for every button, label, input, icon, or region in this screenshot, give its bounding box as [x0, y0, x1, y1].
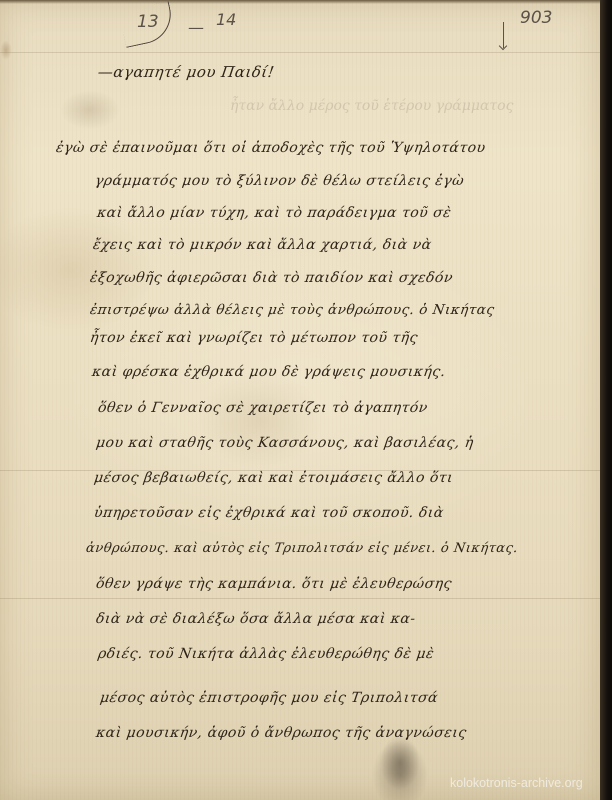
letter-line: μου καὶ σταθῆς τοὺς Κασσάνους, καὶ βασιλ…	[95, 435, 475, 451]
salutation: —αγαπητέ μου Παιδί!	[97, 63, 276, 81]
letter-line: καὶ μουσικήν, ἀφοῦ ὁ ἄνθρωπος τῆς ἀναγνώ…	[95, 725, 468, 741]
letter-line: γράμματός μου τὸ ξύλινον δὲ θέλω στείλει…	[94, 173, 465, 189]
folio-number-circled: 13	[137, 12, 159, 32]
letter-line: ρδιές. τοῦ Νικήτα ἀλλὰς ἐλευθερώθης δὲ μ…	[97, 646, 435, 662]
letter-line: ἐπιστρέψω ἀλλὰ θέλεις μὲ τοὺς ἀνθρώπους.…	[89, 302, 496, 318]
paper-stain	[60, 90, 120, 130]
letter-line: ὅθεν ὁ Γενναῖος σὲ χαιρετίζει τὸ ἀγαπητό…	[97, 400, 429, 416]
manuscript-page: 13 — 14 903 ἦταν ἄλλο μέρος τοῦ ἑτέρου γ…	[0, 0, 600, 800]
fold-line	[0, 52, 600, 53]
letter-line: μέσος βεβαιωθείς, καὶ καὶ ἐτοιμάσεις ἄλλ…	[93, 470, 454, 486]
letter-line: ἐγὼ σὲ ἐπαινοῦμαι ὅτι οἱ ἀποδοχὲς τῆς το…	[55, 140, 487, 156]
fold-line	[0, 598, 600, 599]
archive-watermark: kolokotronis-archive.org	[450, 776, 583, 790]
letter-line: ἔχεις καὶ τὸ μικρόν καὶ ἄλλα χαρτιά, διὰ…	[92, 237, 433, 253]
arrow-down-icon	[503, 22, 504, 48]
folio-separator: —	[188, 18, 204, 37]
letter-line: καὶ ἄλλο μίαν τύχη, καὶ τὸ παράδειγμα το…	[96, 205, 452, 221]
page-top-edge	[0, 0, 600, 4]
catalog-number: 903	[520, 8, 552, 28]
letter-line: ἀνθρώπους. καὶ αὐτὸς εἰς Τριπολιτσάν εἰς…	[85, 541, 519, 556]
letter-line: ὑπηρετοῦσαν εἰς ἐχθρικά καὶ τοῦ σκοποῦ. …	[93, 505, 445, 521]
edge-stain	[0, 40, 12, 60]
letter-line: ἦτον ἐκεῖ καὶ γνωρίζει τὸ μέτωπον τοῦ τῆ…	[89, 330, 419, 346]
letter-line: ἐξοχωθῆς ἀφιερῶσαι διὰ τὸ παιδίον καὶ σχ…	[89, 270, 454, 286]
scan-right-border	[600, 0, 612, 800]
letter-line: καὶ φρέσκα ἐχθρικά μου δὲ γράψεις μουσικ…	[91, 364, 447, 380]
letter-line: ὅθεν γράψε τὴς καμπάνια. ὅτι μὲ ἐλευθερώ…	[95, 576, 453, 592]
bleed-through-text: ἦταν ἄλλο μέρος τοῦ ἑτέρου γράμματος	[230, 98, 513, 114]
ink-blot	[380, 735, 420, 790]
letter-line: διὰ νὰ σὲ διαλέξω ὅσα ἄλλα μέσα καὶ κα-	[95, 611, 417, 627]
letter-line: μέσος αὐτὸς ἐπιστροφῆς μου εἰς Τριπολιτσ…	[99, 690, 439, 706]
folio-number-second: 14	[216, 10, 236, 29]
